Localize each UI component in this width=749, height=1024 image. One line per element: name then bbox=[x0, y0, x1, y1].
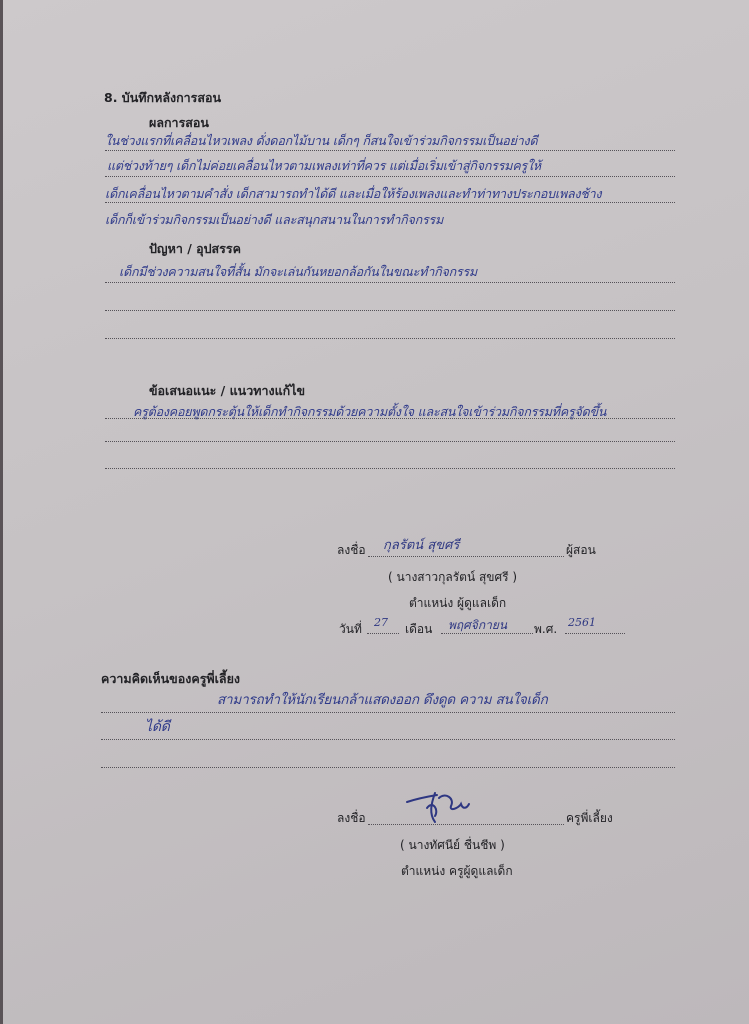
dotted-line bbox=[105, 310, 675, 311]
mentor-sign-label: ลงชื่อ bbox=[337, 809, 366, 828]
dotted-line bbox=[105, 468, 675, 469]
suggestions-line: ครูต้องคอยพูดกระตุ้นให้เด็กทำกิจกรรมด้วย… bbox=[133, 402, 606, 422]
dotted-line bbox=[105, 176, 675, 177]
problems-label: ปัญหา / อุปสรรค bbox=[149, 239, 241, 259]
teacher-full-name: ( นางสาวกุลรัตน์ สุขศรี ) bbox=[388, 568, 517, 587]
teacher-position: ตำแหน่ง ผู้ดูแลเด็ก bbox=[409, 594, 506, 613]
month-value: พฤศจิกายน bbox=[448, 616, 507, 635]
teacher-signature: กุลรัตน์ สุขศรี bbox=[383, 534, 459, 555]
dotted-line bbox=[101, 712, 675, 713]
month-label: เดือน bbox=[405, 620, 432, 639]
year-label: พ.ศ. bbox=[534, 620, 557, 639]
mentor-role: ครูพี่เลี้ยง bbox=[566, 809, 613, 828]
dotted-line bbox=[105, 418, 675, 419]
date-label: วันที่ bbox=[339, 620, 362, 639]
dotted-line bbox=[105, 202, 675, 203]
section-title: 8. บันทึกหลังการสอน bbox=[104, 88, 221, 108]
dotted-line bbox=[101, 739, 675, 740]
day-line bbox=[367, 633, 399, 634]
teaching-result-line: เด็กเคลื่อนไหวตามคำสั่ง เด็กสามารถทำได้ด… bbox=[105, 184, 601, 204]
paper-edge bbox=[0, 0, 3, 1024]
teacher-role: ผู้สอน bbox=[566, 541, 596, 560]
problems-line: เด็กมีช่วงความสนใจที่สั้น มักจะเล่นกันหย… bbox=[119, 262, 477, 282]
teaching-result-line: แต่ช่วงท้ายๆ เด็กไม่ค่อยเคลื่อนไหวตามเพล… bbox=[107, 156, 541, 176]
dotted-line bbox=[105, 282, 675, 283]
teaching-result-line: เด็กก็เข้าร่วมกิจกรรมเป็นอย่างดี และสนุก… bbox=[105, 210, 443, 230]
mentor-opinion-line: ได้ดี bbox=[145, 716, 170, 738]
day-value: 27 bbox=[374, 616, 388, 629]
mentor-opinion-line: สามารถทำให้นักเรียนกล้าแสดงออก ดึงดูด คว… bbox=[217, 688, 548, 710]
dotted-line bbox=[105, 150, 675, 151]
suggestions-label: ข้อเสนอแนะ / แนวทางแก้ไข bbox=[149, 381, 305, 401]
teacher-sign-label: ลงชื่อ bbox=[337, 541, 366, 560]
mentor-position: ตำแหน่ง ครูผู้ดูแลเด็ก bbox=[401, 862, 513, 881]
mentor-opinion-label: ความคิดเห็นของครูพี่เลี้ยง bbox=[101, 669, 240, 689]
mentor-signature-scribble bbox=[405, 790, 485, 830]
year-value: 2561 bbox=[568, 616, 596, 629]
year-line bbox=[565, 633, 625, 634]
dotted-line bbox=[101, 767, 675, 768]
signature-line bbox=[368, 556, 564, 557]
dotted-line bbox=[105, 441, 675, 442]
dotted-line bbox=[105, 338, 675, 339]
teaching-result-label: ผลการสอน bbox=[149, 113, 209, 133]
mentor-full-name: ( นางทัศนีย์ ชื่นชีพ ) bbox=[400, 836, 505, 855]
teaching-result-line: ในช่วงแรกที่เคลื่อนไหวเพลง ดั่งดอกไม้บาน… bbox=[105, 131, 537, 151]
